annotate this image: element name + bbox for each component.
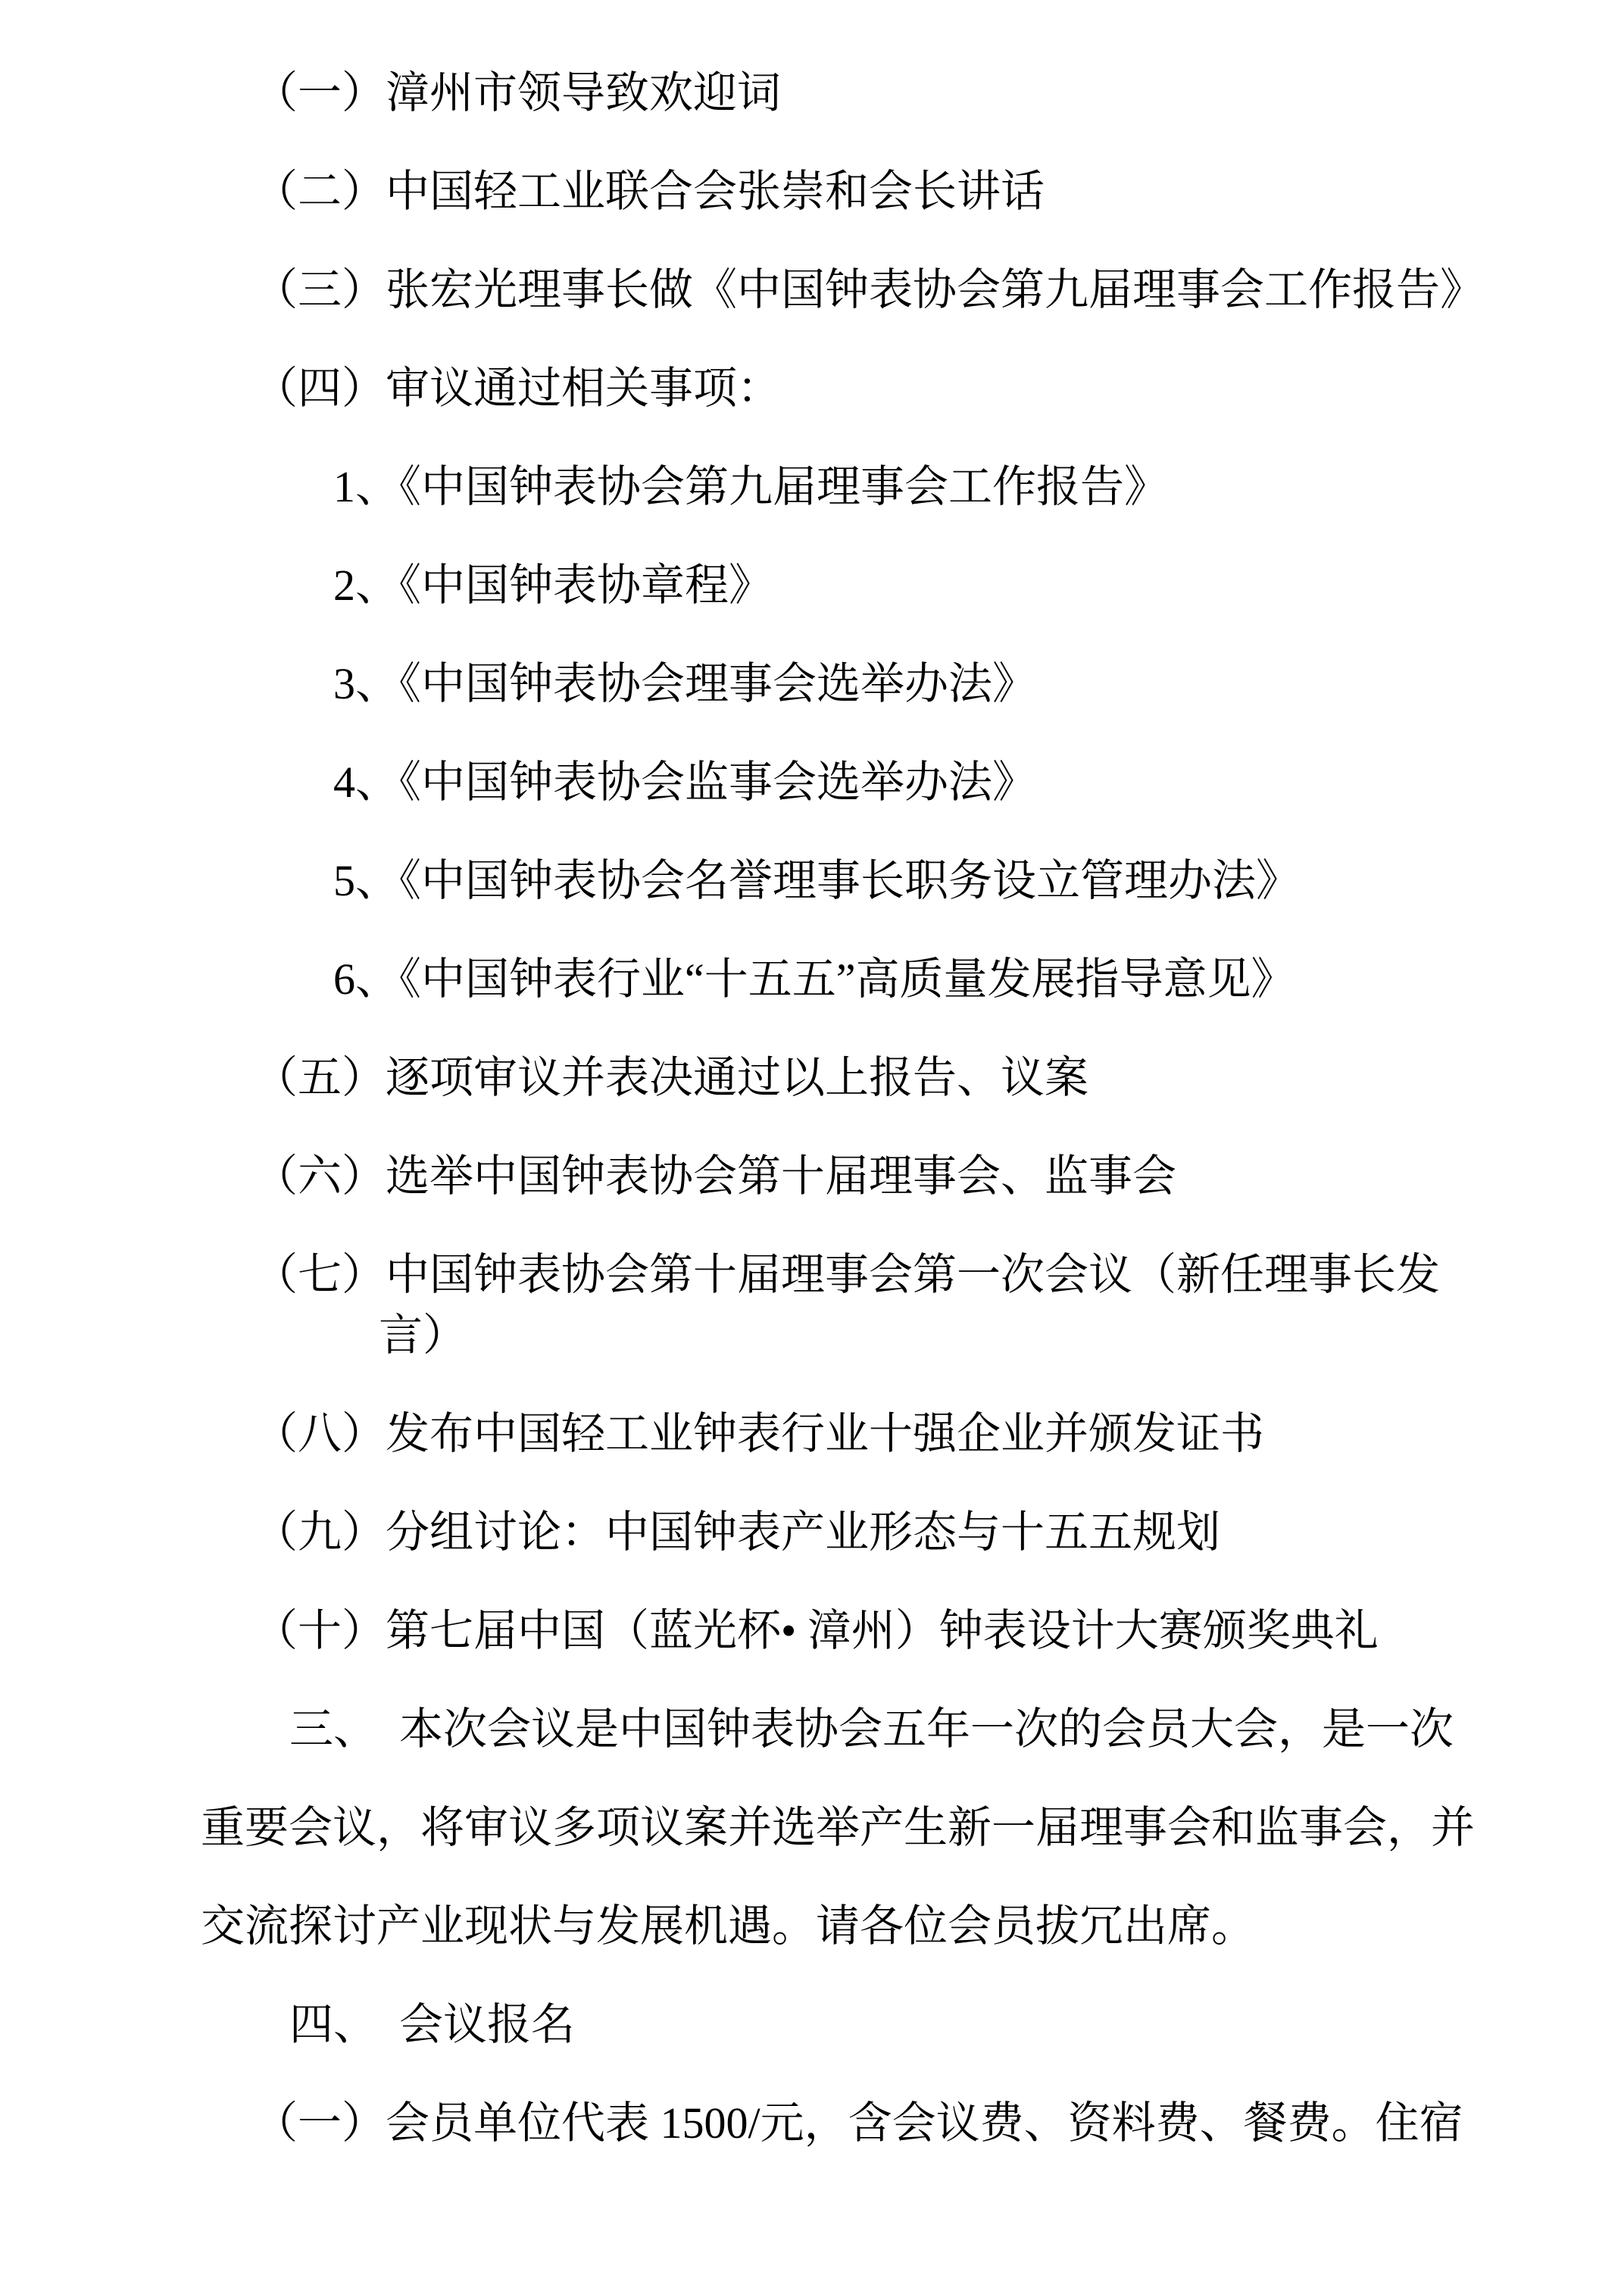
text-line: （四）审议通过相关事项： [201,339,1488,438]
text-line: （八）发布中国轻工业钟表行业十强企业并颁发证书 [201,1385,1488,1483]
text-line: 言） [201,1305,1488,1366]
text-line: 交流探讨产业现状与发展机遇。请各位会员拔冗出席。 [201,1877,1488,1976]
text-line: （六）选举中国钟表协会第十届理事会、监事会 [201,1127,1488,1226]
text-line: （九）分组讨论：中国钟表产业形态与十五五规划 [201,1483,1488,1582]
text-line: 5、《中国钟表协会名誉理事长职务设立管理办法》 [201,832,1488,930]
text-line: （三）张宏光理事长做《中国钟表协会第九届理事会工作报告》 [201,241,1488,339]
text-line: 重要会议，将审议多项议案并选举产生新一届理事会和监事会，并 [201,1779,1488,1877]
text-line: 三、 本次会议是中国钟表协会五年一次的会员大会，是一次 [201,1680,1488,1779]
text-line: （七）中国钟表协会第十届理事会第一次会议（新任理事长发 [201,1245,1488,1305]
text-line: 1、《中国钟表协会第九届理事会工作报告》 [201,438,1488,536]
document-text-block: （一）漳州市领导致欢迎词（二）中国轻工业联合会张崇和会长讲话（三）张宏光理事长做… [201,44,1488,2173]
text-line: 3、《中国钟表协会理事会选举办法》 [201,635,1488,733]
text-line: （一）会员单位代表 1500/元，含会议费、资料费、餐费。住宿 [201,2074,1488,2173]
document-page: （一）漳州市领导致欢迎词（二）中国轻工业联合会张崇和会长讲话（三）张宏光理事长做… [0,0,1624,2284]
text-line: 四、 会议报名 [201,1976,1488,2074]
text-line: （十）第七届中国（蓝光杯• 漳州）钟表设计大赛颁奖典礼 [201,1582,1488,1680]
text-line: 2、《中国钟表协章程》 [201,536,1488,635]
text-line: 4、《中国钟表协会监事会选举办法》 [201,733,1488,832]
text-line: （五）逐项审议并表决通过以上报告、议案 [201,1029,1488,1127]
text-line: 6、《中国钟表行业“十五五”高质量发展指导意见》 [201,930,1488,1029]
text-line: （二）中国轻工业联合会张崇和会长讲话 [201,142,1488,241]
text-line: （一）漳州市领导致欢迎词 [201,44,1488,142]
